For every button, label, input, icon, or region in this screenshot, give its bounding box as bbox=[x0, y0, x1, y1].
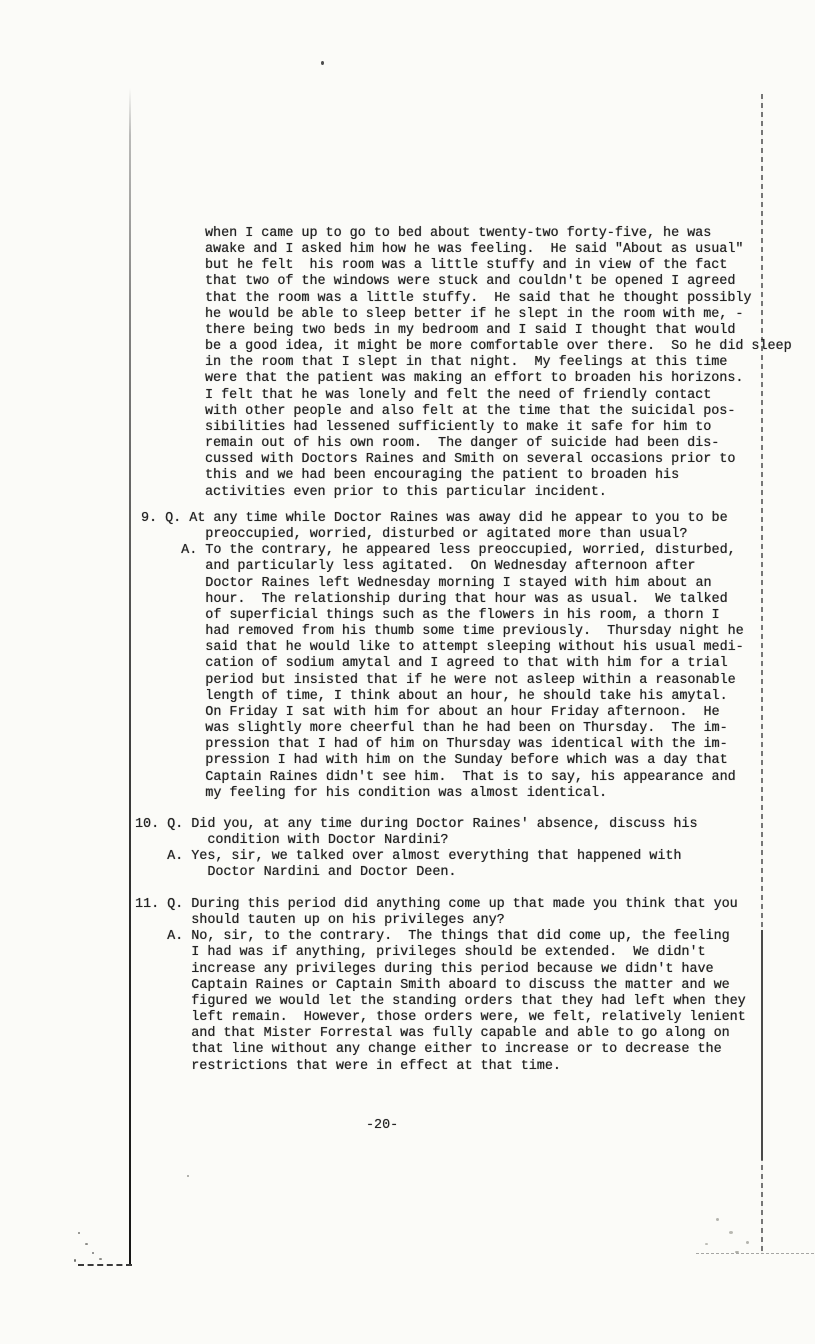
typed-line: cussed with Doctors Raines and Smith on … bbox=[205, 452, 792, 468]
bottom-right-fold-tick bbox=[696, 1253, 814, 1254]
typed-line: increase any privileges during this peri… bbox=[135, 962, 746, 978]
typed-line: length of time, I think about an hour, h… bbox=[141, 689, 744, 705]
scan-speck bbox=[85, 1243, 88, 1245]
typed-line: Captain Raines didn't see him. That is t… bbox=[141, 770, 744, 786]
typed-line: pression I had with him on the Sunday be… bbox=[141, 753, 744, 769]
typed-line: A. Yes, sir, we talked over almost every… bbox=[135, 849, 698, 865]
typed-line: On Friday I sat with him for about an ho… bbox=[141, 705, 744, 721]
right-margin-fold-line-dark-segment bbox=[761, 930, 763, 1160]
typed-line: and that Mister Forrestal was fully capa… bbox=[135, 1026, 746, 1042]
scan-speck bbox=[321, 61, 324, 65]
scan-speck bbox=[746, 1241, 749, 1244]
typed-line: figured we would let the standing orders… bbox=[135, 994, 746, 1010]
typed-line: left remain. However, those orders were,… bbox=[135, 1010, 746, 1026]
typed-line: Doctor Raines left Wednesday morning I s… bbox=[141, 576, 744, 592]
typed-line: my feeling for his condition was almost … bbox=[141, 786, 744, 802]
typed-line: Doctor Nardini and Doctor Deen. bbox=[135, 865, 698, 881]
typed-line: hour. The relationship during that hour … bbox=[141, 592, 744, 608]
typed-line: activities even prior to this particular… bbox=[205, 485, 792, 501]
scan-speck bbox=[74, 1259, 76, 1262]
qa-item-11: 11. Q. During this period did anything c… bbox=[135, 897, 746, 1075]
typed-line: restrictions that were in effect at that… bbox=[135, 1059, 746, 1075]
typed-line: period but insisted that if he were not … bbox=[141, 673, 744, 689]
typed-line: pression that I had of him on Thursday w… bbox=[141, 737, 744, 753]
typed-line: I felt that he was lonely and felt the n… bbox=[205, 388, 792, 404]
continuation-paragraph: when I came up to go to bed about twenty… bbox=[205, 226, 792, 501]
typed-line: A. No, sir, to the contrary. The things … bbox=[135, 929, 746, 945]
bottom-left-fold-tick bbox=[78, 1264, 132, 1266]
typed-line: there being two beds in my bedroom and I… bbox=[205, 323, 792, 339]
typed-line: Captain Raines or Captain Smith aboard t… bbox=[135, 978, 746, 994]
typed-line: 11. Q. During this period did anything c… bbox=[135, 897, 746, 913]
page-number: -20- bbox=[366, 1118, 398, 1134]
typed-line: this and we had been encouraging the pat… bbox=[205, 468, 792, 484]
typed-line: when I came up to go to bed about twenty… bbox=[205, 226, 792, 242]
typed-line: 9. Q. At any time while Doctor Raines wa… bbox=[141, 511, 744, 527]
scan-speck bbox=[92, 1252, 94, 1254]
typed-line: of superficial things such as the flower… bbox=[141, 608, 744, 624]
scan-speck bbox=[99, 1258, 102, 1260]
qa-item-9: 9. Q. At any time while Doctor Raines wa… bbox=[141, 511, 744, 802]
typed-line: preoccupied, worried, disturbed or agita… bbox=[141, 527, 744, 543]
typed-line: I had was if anything, privileges should… bbox=[135, 945, 746, 961]
typed-line: sibilities had lessened sufficiently to … bbox=[205, 420, 792, 436]
scan-speck bbox=[716, 1218, 719, 1221]
typed-line: with other people and also felt at the t… bbox=[205, 404, 792, 420]
left-margin-fold-line bbox=[129, 88, 131, 1266]
typed-line: awake and I asked him how he was feeling… bbox=[205, 242, 792, 258]
typed-line: condition with Doctor Nardini? bbox=[135, 833, 698, 849]
scan-speck bbox=[735, 1251, 739, 1253]
typed-line: that two of the windows were stuck and c… bbox=[205, 274, 792, 290]
typed-line: A. To the contrary, he appeared less pre… bbox=[141, 543, 744, 559]
typed-line: were that the patient was making an effo… bbox=[205, 371, 792, 387]
scan-speck bbox=[187, 1175, 189, 1177]
typed-line: in the room that I slept in that night. … bbox=[205, 355, 792, 371]
typed-line: should tauten up on his privileges any? bbox=[135, 913, 746, 929]
typed-line: was slightly more cheerful than he had b… bbox=[141, 721, 744, 737]
typed-line: he would be able to sleep better if he s… bbox=[205, 307, 792, 323]
typed-line: cation of sodium amytal and I agreed to … bbox=[141, 656, 744, 672]
typed-line: but he felt his room was a little stuffy… bbox=[205, 258, 792, 274]
typed-line: and particularly less agitated. On Wedne… bbox=[141, 559, 744, 575]
scanned-document-page: when I came up to go to bed about twenty… bbox=[0, 0, 815, 1344]
typed-line: that line without any change either to i… bbox=[135, 1042, 746, 1058]
typed-line: said that he would like to attempt sleep… bbox=[141, 640, 744, 656]
typed-line: be a good idea, it might be more comfort… bbox=[205, 339, 792, 355]
typed-line: that the room was a little stuffy. He sa… bbox=[205, 291, 792, 307]
typed-line: remain out of his own room. The danger o… bbox=[205, 436, 792, 452]
typed-line: 10. Q. Did you, at any time during Docto… bbox=[135, 817, 698, 833]
qa-item-10: 10. Q. Did you, at any time during Docto… bbox=[135, 817, 698, 882]
scan-speck bbox=[729, 1231, 733, 1234]
scan-speck bbox=[705, 1243, 708, 1245]
scan-speck bbox=[78, 1232, 80, 1234]
typed-line: had removed from his thumb some time pre… bbox=[141, 624, 744, 640]
